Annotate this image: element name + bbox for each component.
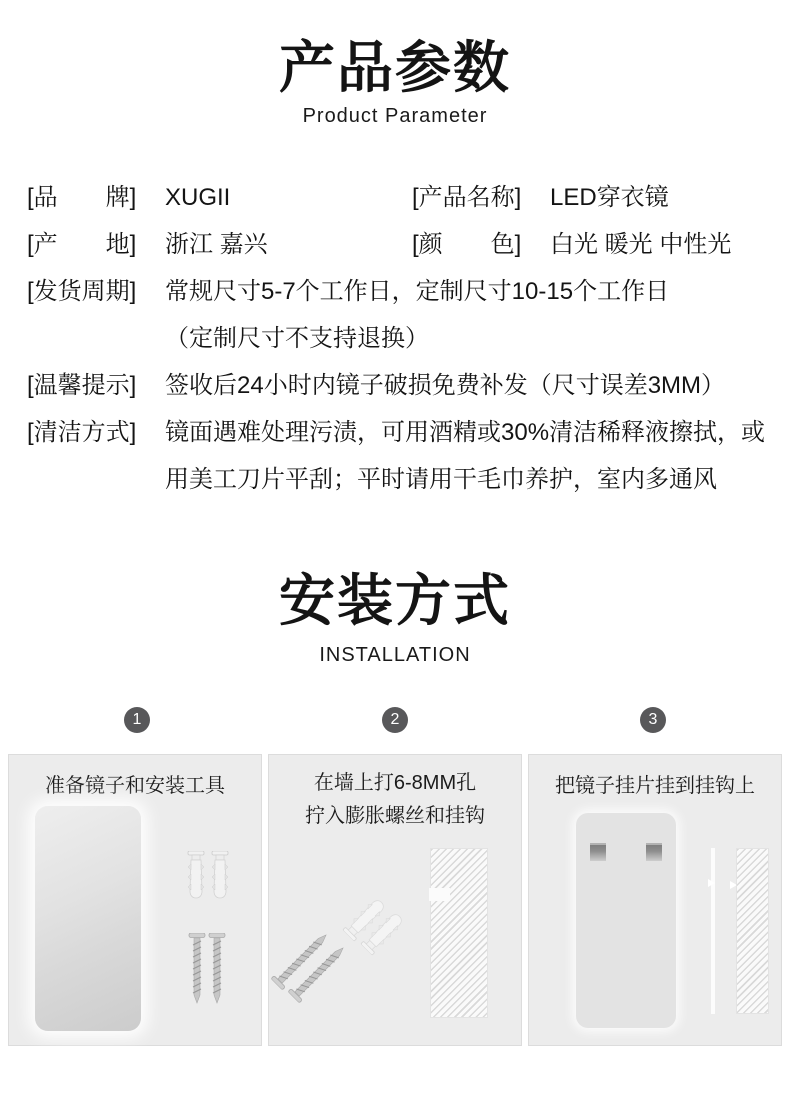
param-label-spacer	[27, 456, 165, 503]
param-value-delivery-line1: 常规尺寸5-7个工作日，定制尺寸10-15个工作日	[165, 268, 669, 315]
step-2-title: 在墙上打6-8MM孔 拧入膨胀螺丝和挂钩	[269, 755, 521, 833]
wall-hatch	[736, 848, 769, 1014]
param-label-brand: [品 牌]	[27, 174, 165, 221]
installation-subtitle: INSTALLATION	[0, 643, 790, 667]
step-numbers-row: 1 2 3	[8, 707, 782, 733]
param-label-origin: [产 地]	[27, 221, 165, 268]
step-3-card: 把镜子挂片挂到挂钩上	[528, 754, 782, 1046]
param-label-product-name: [产品名称]	[412, 174, 550, 221]
wall-edge-line	[711, 848, 715, 1014]
hanging-plate-icon	[590, 843, 606, 861]
param-value-color: 白光 暖光 中性光	[550, 221, 731, 268]
param-label-delivery: [发货周期]	[27, 268, 165, 315]
param-value-tips: 签收后24小时内镜子破损免费补发（尺寸误差3MM）	[165, 362, 725, 409]
param-label-clean: [清洁方式]	[27, 409, 165, 456]
param-row-clean: [清洁方式] 镜面遇难处理污渍，可用酒精或30%清洁稀释液擦拭，或	[27, 409, 770, 456]
param-color: [颜 色] 白光 暖光 中性光	[412, 221, 770, 268]
mirror-front-illustration	[35, 806, 141, 1031]
param-value-brand: XUGII	[165, 174, 230, 221]
param-product-name: [产品名称] LED穿衣镜	[412, 174, 770, 221]
wall-anchor-icon	[185, 851, 207, 901]
param-row-delivery: [发货周期] 常规尺寸5-7个工作日，定制尺寸10-15个工作日	[27, 268, 770, 315]
param-row-clean-cont: 用美工刀片平刮；平时请用干毛巾养护，室内多通风	[27, 456, 770, 503]
page-title: 产品参数	[0, 38, 790, 98]
step-2-badge: 2	[382, 707, 408, 733]
hook-notch	[429, 888, 450, 901]
param-label-color: [颜 色]	[412, 221, 550, 268]
step-2-title-line1: 在墙上打6-8MM孔	[269, 767, 521, 800]
param-row-tips: [温馨提示] 签收后24小时内镜子破损免费补发（尺寸误差3MM）	[27, 362, 770, 409]
param-label-spacer	[27, 315, 165, 362]
installation-title: 安装方式	[0, 571, 790, 631]
param-value-product-name: LED穿衣镜	[550, 174, 669, 221]
mirror-back-illustration	[576, 813, 676, 1028]
arrow-right-icon	[708, 879, 715, 887]
param-brand: [品 牌] XUGII	[27, 174, 412, 221]
step-1-badge: 1	[124, 707, 150, 733]
installation-steps: 准备镜子和安装工具	[8, 754, 782, 1046]
screw-icon	[188, 933, 206, 1005]
param-row-origin-color: [产 地] 浙江 嘉兴 [颜 色] 白光 暖光 中性光	[27, 221, 770, 268]
param-row-delivery-cont: （定制尺寸不支持退换）	[27, 315, 770, 362]
wall-hatch	[430, 848, 488, 1018]
step-3-title: 把镜子挂片挂到挂钩上	[529, 755, 781, 801]
param-origin: [产 地] 浙江 嘉兴	[27, 221, 412, 268]
step-3-badge: 3	[640, 707, 666, 733]
page-subtitle: Product Parameter	[0, 104, 790, 128]
step-1-title: 准备镜子和安装工具	[9, 755, 261, 801]
parameter-list: [品 牌] XUGII [产品名称] LED穿衣镜 [产 地] 浙江 嘉兴 [颜…	[0, 174, 790, 503]
hanging-plate-icon	[646, 843, 662, 861]
param-value-origin: 浙江 嘉兴	[165, 221, 268, 268]
param-value-clean-line1: 镜面遇难处理污渍，可用酒精或30%清洁稀释液擦拭，或	[165, 409, 765, 456]
step-2-card: 在墙上打6-8MM孔 拧入膨胀螺丝和挂钩	[268, 754, 522, 1046]
step-2-title-line2: 拧入膨胀螺丝和挂钩	[269, 800, 521, 833]
param-value-clean-line2: 用美工刀片平刮；平时请用干毛巾养护，室内多通风	[165, 456, 717, 503]
param-label-tips: [温馨提示]	[27, 362, 165, 409]
wall-anchor-icon	[209, 851, 231, 901]
param-value-delivery-line2: （定制尺寸不支持退换）	[165, 315, 429, 362]
screw-icon	[208, 933, 226, 1005]
step-1-card: 准备镜子和安装工具	[8, 754, 262, 1046]
param-row-brand-name: [品 牌] XUGII [产品名称] LED穿衣镜	[27, 174, 770, 221]
